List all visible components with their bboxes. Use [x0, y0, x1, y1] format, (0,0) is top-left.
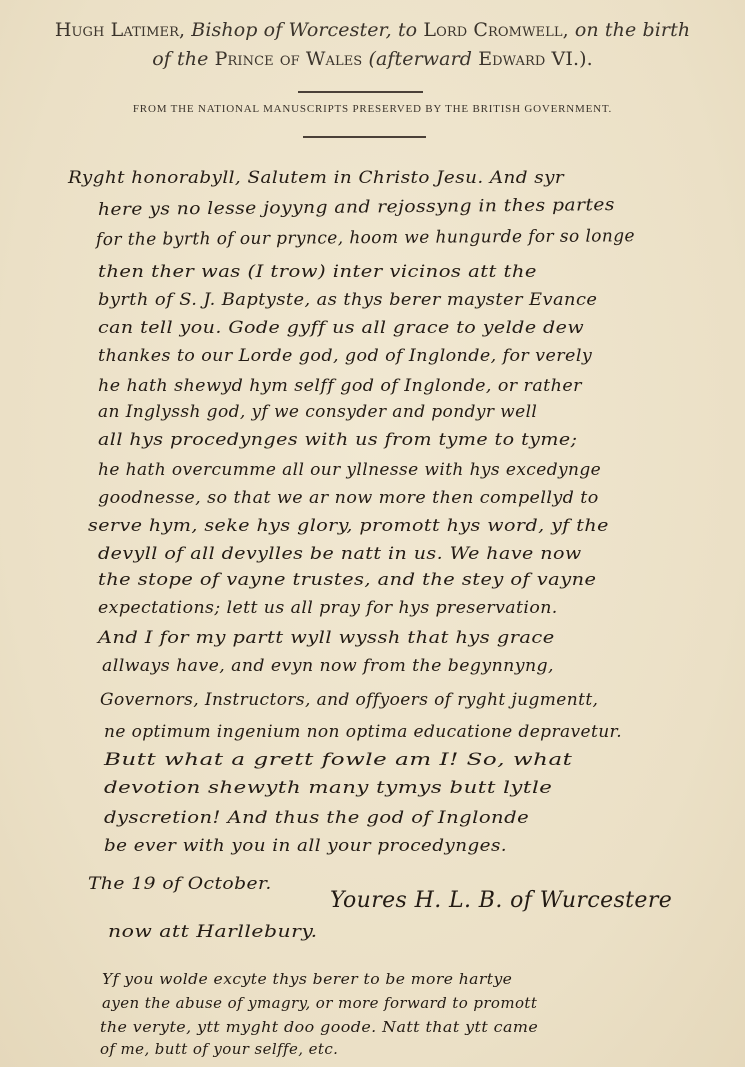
manuscript-line: he hath shewyd hym selff god of Inglonde… [98, 376, 582, 396]
manuscript-line: devotion shewyth many tymys butt lytle [104, 778, 552, 798]
manuscript-line: he hath overcumme all our yllnesse with … [98, 460, 601, 480]
postscript-line: Yf you wolde excyte thys berer to be mor… [102, 970, 512, 988]
manuscript-line: can tell you. Gode gyff us all grace to … [98, 318, 584, 338]
postscript-line: of me, butt of your selffe, etc. [100, 1040, 338, 1058]
manuscript-line: And I for my partt wyll wyssh that hys g… [98, 628, 555, 648]
manuscript-place: now att Harllebury. [108, 922, 318, 942]
manuscript-date: The 19 of October. [88, 874, 272, 894]
postscript-line: ayen the abuse of ymagry, or more forwar… [102, 994, 537, 1012]
postscript-line: the veryte, ytt myght doo goode. Natt th… [100, 1018, 538, 1036]
manuscript-line: ne optimum ingenium non optima education… [104, 722, 622, 742]
manuscript-line: expectations; lett us all pray for hys p… [98, 598, 558, 618]
manuscript-signature: Youres H. L. B. of Wurcestere [330, 888, 672, 913]
manuscript-line: allways have, and evyn now from the begy… [102, 656, 554, 676]
manuscript-line: Butt what a grett fowle am I! So, what [104, 750, 572, 770]
manuscript-line: an Inglyssh god, yf we consyder and pond… [98, 402, 537, 422]
manuscript-line: thankes to our Lorde god, god of Inglond… [98, 346, 592, 366]
manuscript-line: here ys no lesse joyyng and rejossyng in… [98, 195, 615, 220]
document-page: Hugh Latimer, Bishop of Worcester, to Lo… [0, 0, 745, 1067]
manuscript-line: Ryght honorabyll, Salutem in Christo Jes… [68, 168, 564, 188]
manuscript-line: Governors, Instructors, and offyoers of … [100, 690, 598, 710]
manuscript-line: be ever with you in all your procedynges… [104, 836, 507, 856]
manuscript-facsimile: Ryght honorabyll, Salutem in Christo Jes… [0, 0, 745, 1067]
manuscript-line: devyll of all devylles be natt in us. We… [98, 544, 582, 564]
manuscript-line: goodnesse, so that we ar now more then c… [98, 488, 599, 508]
manuscript-line: serve hym, seke hys glory, promott hys w… [88, 516, 609, 536]
manuscript-line: all hys procedynges with us from tyme to… [98, 430, 577, 450]
manuscript-line: then ther was (I trow) inter vicinos att… [98, 262, 537, 282]
manuscript-line: for the byrth of our prynce, hoom we hun… [96, 226, 635, 250]
manuscript-line: byrth of S. J. Baptyste, as thys berer m… [98, 290, 597, 310]
manuscript-line: dyscretion! And thus the god of Inglonde [104, 808, 529, 828]
manuscript-line: the stope of vayne trustes, and the stey… [98, 570, 596, 590]
